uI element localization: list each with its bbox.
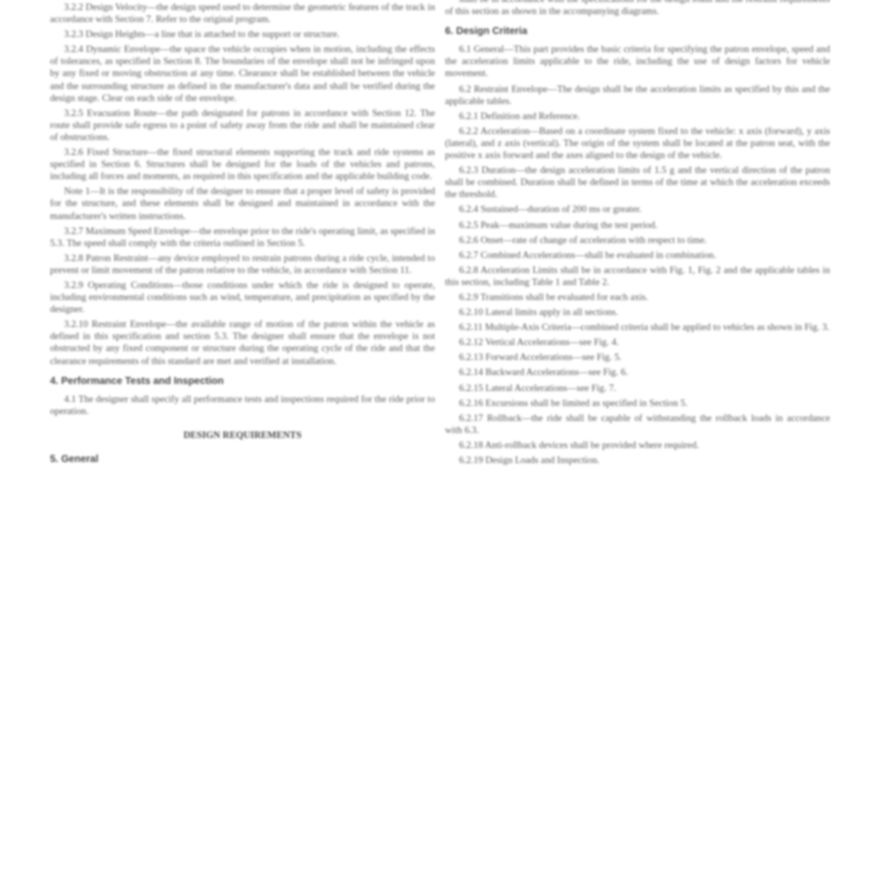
paragraph: 6.2.12 Vertical Accelerations—see Fig. 4… bbox=[445, 337, 830, 349]
paragraph: 6.2.4 Sustained—duration of 200 ms or gr… bbox=[445, 204, 830, 216]
paragraph: 6.2.13 Forward Accelerations—see Fig. 5. bbox=[445, 352, 830, 364]
center-heading: DESIGN REQUIREMENTS bbox=[50, 430, 435, 442]
paragraph: 6.2.14 Backward Accelerations—see Fig. 6… bbox=[445, 367, 830, 379]
paragraph: 6.2.3 Duration—the design acceleration l… bbox=[445, 165, 830, 201]
paragraph: 6.2.6 Onset—rate of change of accelerati… bbox=[445, 235, 830, 247]
section-heading: 4. Performance Tests and Inspection bbox=[50, 376, 435, 388]
paragraph: 6.2.7 Combined Accelerations—shall be ev… bbox=[445, 250, 830, 262]
paragraph: 3.2.5 Evacuation Route—the path designat… bbox=[50, 108, 435, 144]
paragraph: 3.2.4 Dynamic Envelope—the space the veh… bbox=[50, 44, 435, 104]
paragraph: 6.2.10 Lateral limits apply in all secti… bbox=[445, 307, 830, 319]
paragraph: 6.2.5 Peak—maximum value during the test… bbox=[445, 220, 830, 232]
paragraph: 3.2.7 Maximum Speed Envelope—the envelop… bbox=[50, 226, 435, 250]
paragraph: 6.2.17 Rollback—the ride shall be capabl… bbox=[445, 413, 830, 437]
section-heading: 5. General bbox=[50, 454, 435, 466]
paragraph: 4.1 The designer shall specify all perfo… bbox=[50, 394, 435, 418]
paragraph: 6.2.11 Multiple-Axis Criteria—combined c… bbox=[445, 322, 830, 334]
paragraph: shall be in accordance with the specific… bbox=[445, 0, 830, 18]
paragraph: 6.2.16 Excursions shall be limited as sp… bbox=[445, 398, 830, 410]
paragraph: 3.2.8 Patron Restraint—any device employ… bbox=[50, 253, 435, 277]
paragraph: 6.2.18 Anti-rollback devices shall be pr… bbox=[445, 440, 830, 452]
paragraph: 3.2.10 Restraint Envelope—the available … bbox=[50, 319, 435, 367]
paragraph: 6.2.8 Acceleration Limits shall be in ac… bbox=[445, 265, 830, 289]
paragraph: 3.2.2 Design Velocity—the design speed u… bbox=[50, 2, 435, 26]
paragraph: 3.2.6 Fixed Structure—the fixed structur… bbox=[50, 147, 435, 183]
note: Note 1—It is the responsibility of the d… bbox=[50, 186, 435, 222]
document-page: 3.2.2 Design Velocity—the design speed u… bbox=[0, 0, 870, 870]
right-column: shall be in accordance with the specific… bbox=[445, 2, 830, 470]
paragraph: 6.2.9 Transitions shall be evaluated for… bbox=[445, 292, 830, 304]
paragraph: 6.1 General—This part provides the basic… bbox=[445, 44, 830, 80]
paragraph: 6.2 Restraint Envelope—The design shall … bbox=[445, 84, 830, 108]
left-column: 3.2.2 Design Velocity—the design speed u… bbox=[50, 2, 435, 472]
paragraph: 6.2.19 Design Loads and Inspection. bbox=[445, 455, 830, 467]
paragraph: 6.2.2 Acceleration—Based on a coordinate… bbox=[445, 126, 830, 162]
paragraph: 3.2.3 Design Heights—a line that is atta… bbox=[50, 29, 435, 41]
section-heading: 6. Design Criteria bbox=[445, 26, 830, 38]
paragraph: 6.2.15 Lateral Accelerations—see Fig. 7. bbox=[445, 383, 830, 395]
paragraph: 3.2.9 Operating Conditions—those conditi… bbox=[50, 280, 435, 316]
paragraph: 6.2.1 Definition and Reference. bbox=[445, 111, 830, 123]
